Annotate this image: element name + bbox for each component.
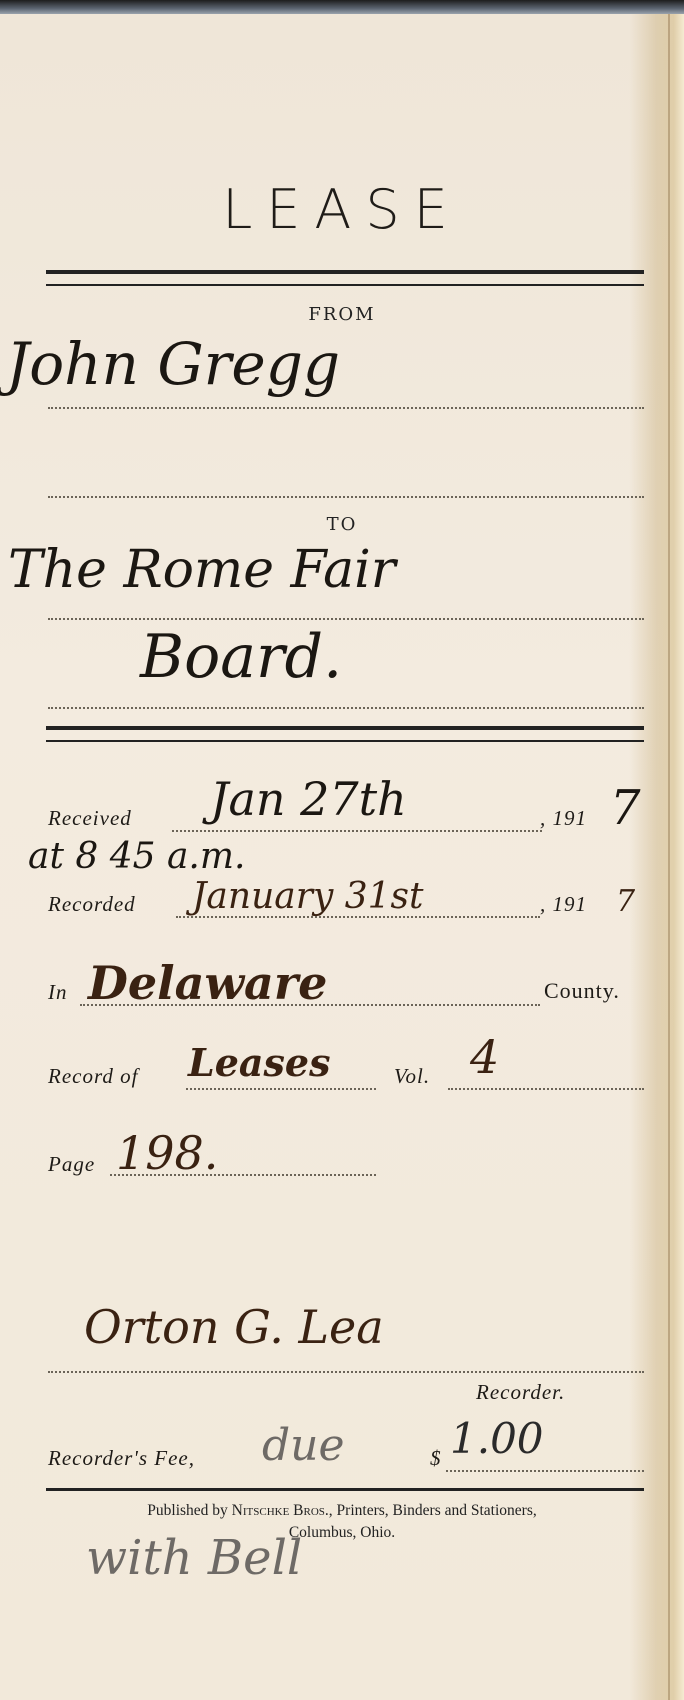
received-date-line: [172, 830, 542, 832]
recorded-date: January 31st: [192, 876, 423, 917]
document-title: LEASE: [0, 178, 684, 241]
page-label: Page: [48, 1152, 95, 1177]
lessee-line-1: [48, 618, 644, 620]
parties-rule-thin: [46, 740, 644, 742]
lessee-name-line2: Board.: [140, 622, 342, 692]
publisher-name: Nitschke Bros.: [232, 1502, 329, 1519]
recorder-signature-line: [48, 1371, 644, 1373]
received-label: Received: [48, 806, 132, 831]
vol-value: 4: [470, 1030, 499, 1084]
recorded-year-prefix: , 191: [540, 892, 587, 917]
vol-line: [448, 1088, 644, 1090]
received-time: at 8 45 a.m.: [28, 836, 245, 877]
title-rule-thick: [46, 270, 644, 274]
record-of-line: [186, 1088, 376, 1090]
lessee-line-2: [48, 707, 644, 709]
county-label: County.: [544, 978, 620, 1004]
publisher-suffix: , Printers, Binders and Stationers,: [329, 1502, 537, 1519]
lessor-line-1: [48, 407, 644, 409]
parties-rule-thick: [46, 726, 644, 730]
received-year-prefix: , 191: [540, 806, 587, 831]
lessor-line-2: [48, 496, 644, 498]
county-name: Delaware: [88, 956, 327, 1010]
received-year-suffix: 7: [610, 780, 641, 836]
footer-rule: [46, 1488, 644, 1491]
recorders-fee-label: Recorder's Fee,: [48, 1446, 195, 1471]
recorder-label: Recorder.: [476, 1380, 565, 1405]
fee-amount: 1.00: [450, 1414, 544, 1463]
record-of-label: Record of: [48, 1064, 138, 1089]
title-rule-thin: [46, 284, 644, 286]
pencil-annotation: with Bell: [86, 1530, 302, 1586]
fee-note: due: [262, 1420, 345, 1471]
page-fold-edge: [668, 14, 670, 1700]
dollar-sign: $: [430, 1446, 442, 1471]
fee-amount-line: [446, 1470, 644, 1472]
recorded-label: Recorded: [48, 892, 136, 917]
vol-label: Vol.: [394, 1064, 430, 1089]
recorder-signature: Orton G. Lea: [84, 1300, 384, 1354]
county-in-label: In: [48, 980, 68, 1005]
lessee-name-line1: The Rome Fair: [8, 540, 396, 600]
record-of-value: Leases: [188, 1040, 330, 1085]
recorded-year-suffix: 7: [616, 884, 635, 919]
from-label: FROM: [0, 304, 684, 325]
publisher-prefix: Published by: [147, 1502, 231, 1519]
to-label: TO: [0, 514, 684, 535]
publisher-location: Columbus, Ohio.: [289, 1524, 395, 1541]
page-value: 198.: [116, 1126, 218, 1180]
received-date: Jan 27th: [210, 772, 407, 826]
lessor-name: John Gregg: [6, 330, 340, 398]
scan-top-edge: [0, 0, 684, 14]
